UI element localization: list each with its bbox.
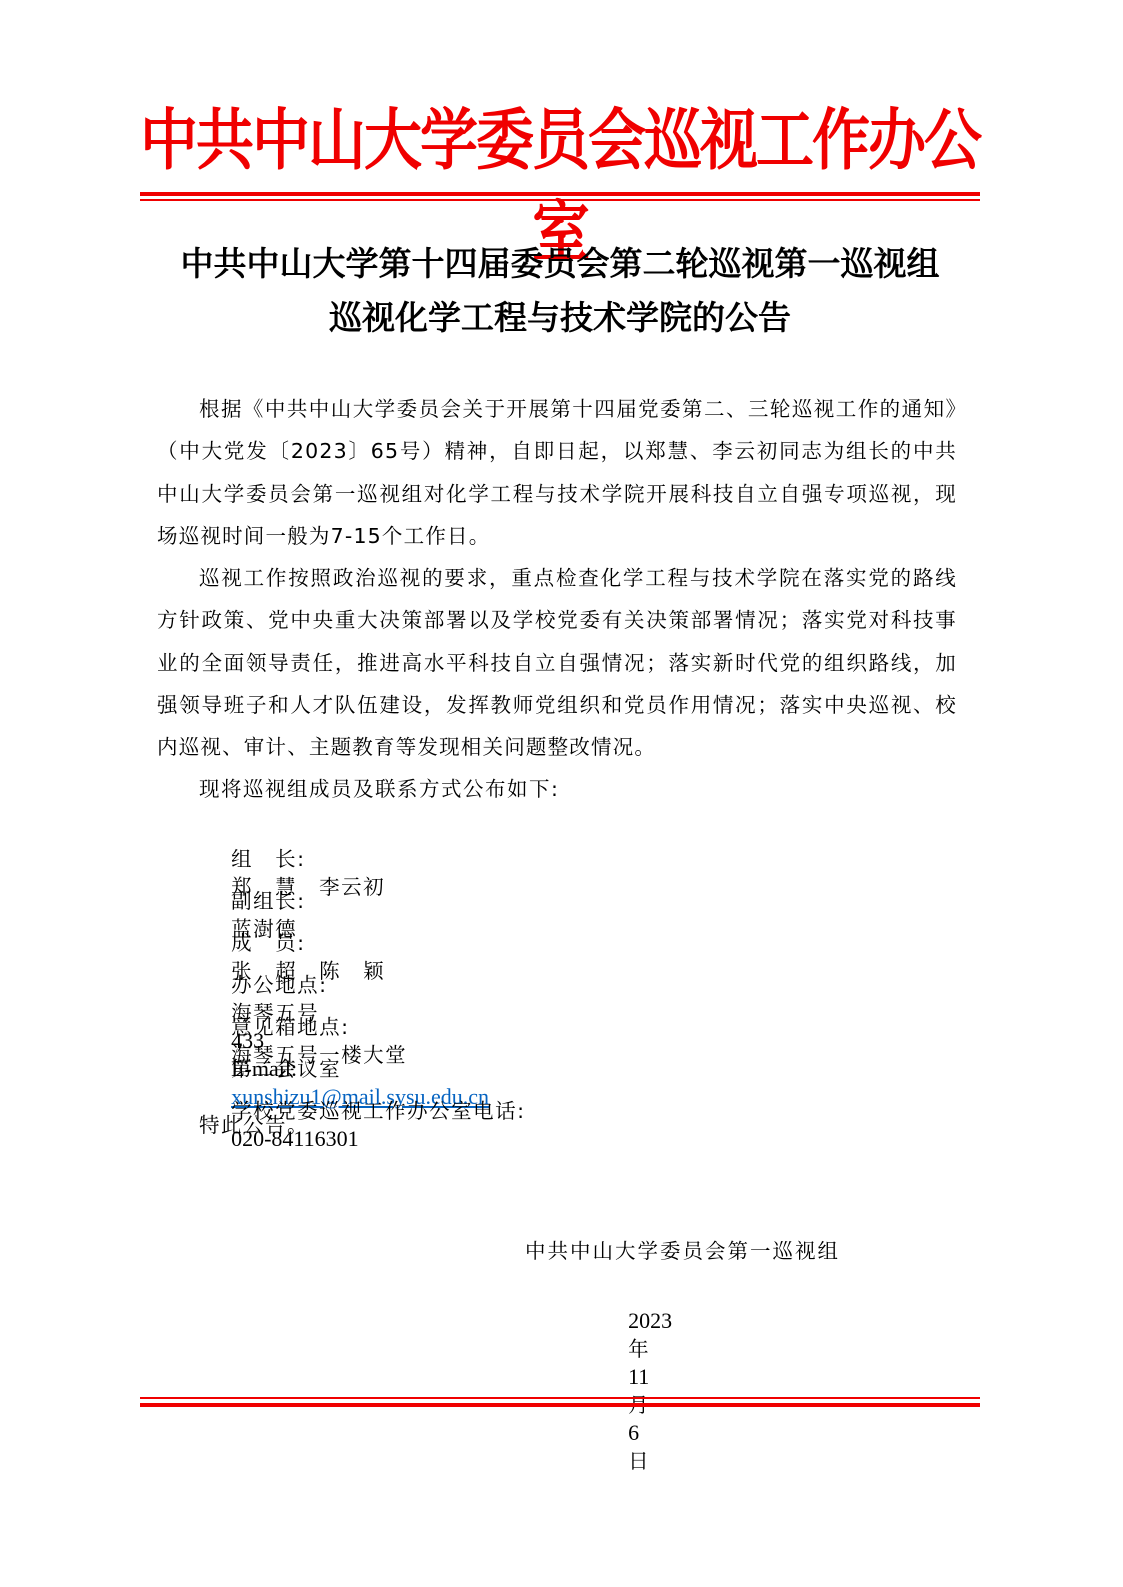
footer-thick-rule (140, 1403, 980, 1407)
date-month: 11 (628, 1364, 649, 1389)
announcement-title-line1: 中共中山大学第十四届委员会第二轮巡视第一巡视组 (140, 234, 980, 294)
body-paragraph-1: 根据《中共中山大学委员会关于开展第十四届党委第二、三轮巡视工作的通知》（中大党发… (157, 388, 957, 557)
body-paragraph-2: 巡视工作按照政治巡视的要求，重点检查化学工程与技术学院在落实党的路线方针政策、党… (157, 557, 957, 768)
masthead-thin-rule (140, 199, 980, 201)
document-page: 中共中山大学委员会巡视工作办公室 中共中山大学第十四届委员会第二轮巡视第一巡视组… (0, 0, 1123, 1587)
date-year: 2023 (628, 1308, 672, 1333)
masthead-title: 中共中山大学委员会巡视工作办公室 (140, 94, 980, 186)
signature-date: 2023 年 11 月 6 日 (602, 1279, 672, 1503)
signature-organization: 中共中山大学委员会第一巡视组 (525, 1237, 840, 1265)
closing-text: 特此公告。 (199, 1111, 309, 1139)
announcement-title-line2: 巡视化学工程与技术学院的公告 (140, 288, 980, 348)
masthead-thick-rule (140, 192, 980, 196)
members-intro: 现将巡视组成员及联系方式公布如下: (199, 775, 559, 803)
date-day-char: 日 (628, 1449, 649, 1473)
date-year-char: 年 (628, 1337, 649, 1361)
footer-thin-rule (140, 1397, 980, 1399)
date-day: 6 (628, 1420, 639, 1445)
